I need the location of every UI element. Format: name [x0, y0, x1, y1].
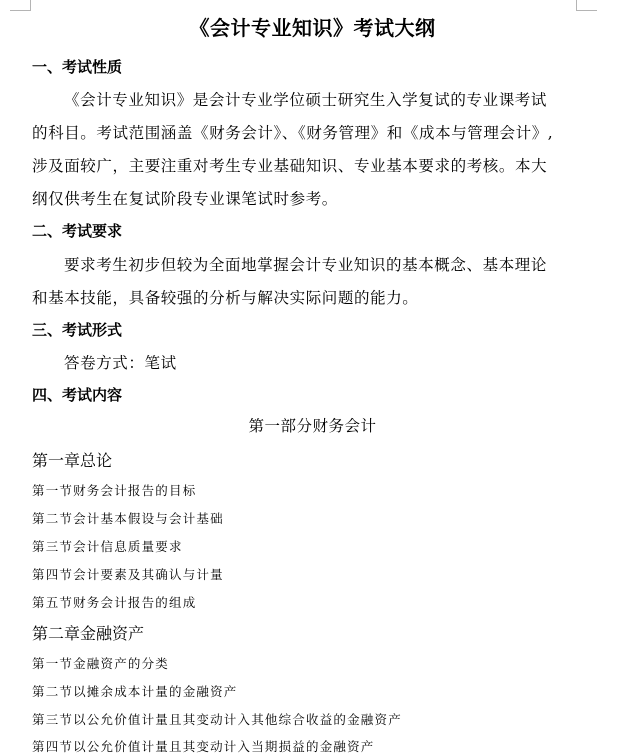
chapter-title: 第一章总论	[32, 448, 112, 471]
section-heading-requirements: 二、考试要求	[32, 220, 122, 241]
paragraph-line: 的科目。考试范围涵盖《财务会计》、《财务管理》和《成本与管理会计》,	[32, 121, 553, 143]
paragraph-line: 和基本技能，具备较强的分析与解决实际问题的能力。	[32, 286, 418, 308]
section-item: 第一节财务会计报告的目标	[32, 481, 196, 499]
section-item: 第二节会计基本假设与会计基础	[32, 509, 224, 527]
section-heading-nature: 一、考试性质	[32, 56, 122, 77]
page-corner-mark-left	[10, 0, 31, 11]
section-heading-content: 四、考试内容	[32, 384, 122, 405]
section-item: 第二节以摊余成本计量的金融资产	[32, 682, 238, 700]
section-item: 第四节会计要素及其确认与计量	[32, 565, 224, 583]
paragraph-line: 涉及面较广，主要注重对考生专业基础知识、专业基本要求的考核。本大	[32, 154, 547, 176]
document-title: 《会计专业知识》考试大纲	[0, 12, 625, 41]
paragraph-line: 《会计专业知识》是会计专业学位硕士研究生入学复试的专业课考试	[64, 88, 547, 110]
section-item: 第一节金融资产的分类	[32, 654, 169, 672]
paragraph-line: 要求考生初步但较为全面地掌握会计专业知识的基本概念、基本理论	[64, 253, 547, 275]
section-item: 第五节财务会计报告的组成	[32, 593, 196, 611]
section-item: 第三节以公允价值计量且其变动计入其他综合收益的金融资产	[32, 710, 402, 728]
part-title: 第一部分财务会计	[0, 414, 625, 436]
section-heading-format: 三、考试形式	[32, 319, 122, 340]
section-item: 第四节以公允价值计量且其变动计入当期损益的金融资产	[32, 737, 375, 755]
section-item: 第三节会计信息质量要求	[32, 537, 183, 555]
paragraph-line: 纲仅供考生在复试阶段专业课笔试时参考。	[32, 187, 338, 209]
chapter-title: 第二章金融资产	[32, 621, 144, 644]
page-corner-mark-right	[576, 0, 597, 11]
paragraph-line: 答卷方式：笔试	[64, 351, 177, 373]
